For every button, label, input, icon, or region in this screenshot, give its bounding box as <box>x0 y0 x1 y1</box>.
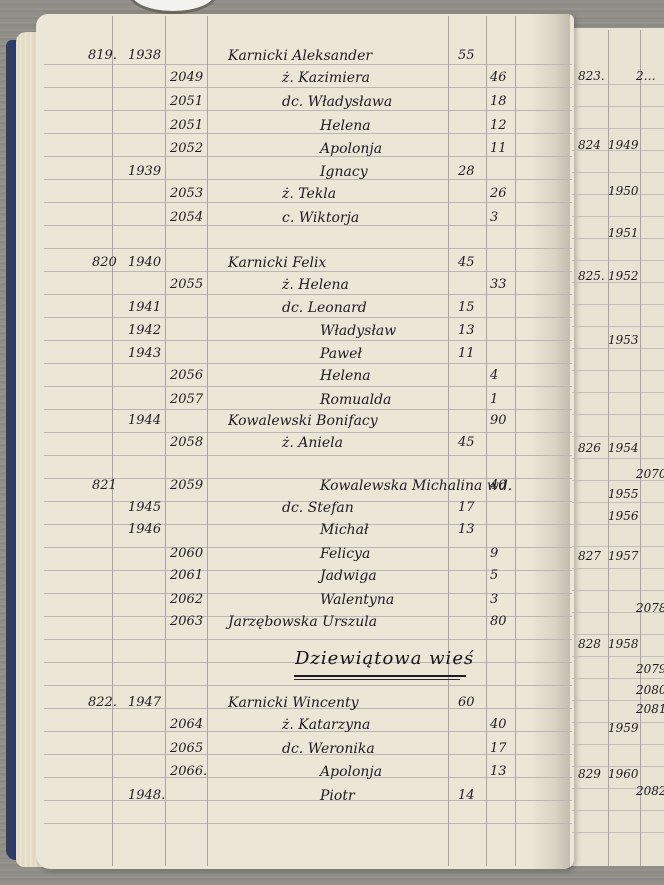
ruling-line-horizontal <box>572 656 664 657</box>
person-name: Jarzębowska Urszula <box>228 614 377 630</box>
household-number: 828 <box>578 636 601 652</box>
ruling-line-vertical <box>207 16 208 866</box>
male-person-number: 1941 <box>128 300 161 316</box>
male-person-number: 1946 <box>128 522 161 538</box>
age-female: 26 <box>490 186 507 202</box>
ruling-line-horizontal <box>572 546 664 547</box>
ruling-line-horizontal <box>572 304 664 305</box>
ruling-line-horizontal <box>44 409 572 410</box>
ruling-line-horizontal <box>44 271 572 272</box>
female-person-number: 2066. <box>170 764 207 780</box>
person-name: ż. Tekla <box>282 186 336 202</box>
male-person-number: 1942 <box>128 323 161 339</box>
male-person-number: 1959 <box>608 720 639 736</box>
female-person-number: 2052 <box>170 141 203 157</box>
ruling-line-horizontal <box>44 294 572 295</box>
person-name: dc. Weronika <box>282 741 375 757</box>
ruling-line-horizontal <box>572 128 664 129</box>
ruling-line-horizontal <box>44 800 572 801</box>
female-person-number: 2064 <box>170 717 203 733</box>
book-gutter <box>530 14 570 869</box>
male-person-number: 1952 <box>608 268 639 284</box>
male-person-number: 1950 <box>608 183 639 199</box>
male-person-number: 1945 <box>128 500 161 516</box>
person-name: dc. Leonard <box>282 300 367 316</box>
age-female: 11 <box>490 141 507 157</box>
household-number: 826 <box>578 440 601 456</box>
ruling-line-vertical <box>486 16 487 866</box>
person-name: Helena <box>320 368 371 384</box>
ruling-line-horizontal <box>44 340 572 341</box>
household-number: 821 <box>92 478 117 494</box>
person-name: Walentyna <box>320 592 394 608</box>
person-name: dc. Stefan <box>282 500 354 516</box>
male-person-number: 1957 <box>608 548 639 564</box>
age-male: 28 <box>458 164 475 180</box>
age-female: 33 <box>490 277 507 293</box>
age-male: 60 <box>458 695 475 711</box>
ruling-line-horizontal <box>572 832 664 833</box>
ruling-line-horizontal <box>572 326 664 327</box>
ruling-line-vertical <box>640 30 641 866</box>
age-male: 13 <box>458 323 475 339</box>
ruling-line-horizontal <box>44 317 572 318</box>
ruling-line-horizontal <box>572 458 664 459</box>
ruling-line-horizontal <box>572 502 664 503</box>
male-person-number: 1958 <box>608 636 639 652</box>
female-person-number: 2054 <box>170 210 203 226</box>
household-number: 820 <box>92 255 117 271</box>
ruling-line-horizontal <box>44 110 572 111</box>
household-number: 825. <box>578 268 605 284</box>
ruling-line-horizontal <box>44 202 572 203</box>
ruling-line-horizontal <box>44 87 572 88</box>
female-person-number: 2053 <box>170 186 203 202</box>
ruling-line-horizontal <box>44 432 572 433</box>
person-name: ż. Aniela <box>282 435 343 451</box>
age-male: 55 <box>458 48 475 64</box>
female-person-number: 2055 <box>170 277 203 293</box>
person-name: Jadwiga <box>320 568 377 584</box>
age-female: 40 <box>490 478 507 494</box>
male-person-number: 1949 <box>608 137 639 153</box>
person-name: ż. Kazimiera <box>282 70 370 86</box>
ruling-line-horizontal <box>44 248 572 249</box>
ruling-line-horizontal <box>44 179 572 180</box>
person-name: Kowalewski Bonifacy <box>228 413 378 429</box>
ruling-line-horizontal <box>572 414 664 415</box>
age-female: 5 <box>490 568 498 584</box>
female-person-number: 2080 <box>636 682 664 698</box>
male-person-number: 1947 <box>128 695 161 711</box>
age-male: 14 <box>458 788 475 804</box>
male-person-number: 1943 <box>128 346 161 362</box>
ruling-line-horizontal <box>44 823 572 824</box>
male-person-number: 1944 <box>128 413 161 429</box>
person-name: Karnicki Aleksander <box>228 48 372 64</box>
female-person-number: 2061 <box>170 568 203 584</box>
male-person-number: 1954 <box>608 440 639 456</box>
person-name: Apolonja <box>320 764 382 780</box>
age-female: 80 <box>490 614 507 630</box>
female-person-number: 2079 <box>636 661 664 677</box>
household-number: 823. <box>578 68 605 84</box>
age-male: 11 <box>458 346 475 362</box>
person-name: ż. Katarzyna <box>282 717 370 733</box>
person-name: Apolonja <box>320 141 382 157</box>
person-name: Paweł <box>320 346 362 362</box>
ruling-line-horizontal <box>44 363 572 364</box>
female-person-number: 2062 <box>170 592 203 608</box>
female-person-number: 2065 <box>170 741 203 757</box>
male-person-number: 1953 <box>608 332 639 348</box>
ruling-line-horizontal <box>572 568 664 569</box>
household-number: 822. <box>88 695 117 711</box>
section-heading: Dziewiątowa wieś <box>295 648 474 669</box>
ruling-line-horizontal <box>572 370 664 371</box>
male-person-number: 1956 <box>608 508 639 524</box>
heading-underline-second <box>294 679 460 680</box>
female-person-number: 2060 <box>170 546 203 562</box>
age-female: 17 <box>490 741 507 757</box>
ruling-line-horizontal <box>44 524 572 525</box>
male-person-number: 1939 <box>128 164 161 180</box>
ruling-line-horizontal <box>572 436 664 437</box>
female-person-number: 2049 <box>170 70 203 86</box>
ruling-line-horizontal <box>572 172 664 173</box>
household-number: 829 <box>578 766 601 782</box>
ruling-line-horizontal <box>572 84 664 85</box>
person-name: c. Wiktorja <box>282 210 359 226</box>
age-female: 46 <box>490 70 507 86</box>
female-person-number: 2058 <box>170 435 203 451</box>
ruling-line-horizontal <box>44 455 572 456</box>
age-female: 1 <box>490 392 498 408</box>
ruling-line-horizontal <box>44 639 572 640</box>
household-number: 827 <box>578 548 601 564</box>
ruling-line-horizontal <box>572 744 664 745</box>
age-male: 45 <box>458 435 475 451</box>
person-name: Władysław <box>320 323 396 339</box>
person-name: Michał <box>320 522 369 538</box>
age-female: 90 <box>490 413 507 429</box>
female-person-number: 2078 <box>636 600 664 616</box>
male-person-number: 1938 <box>128 48 161 64</box>
person-name: Helena <box>320 118 371 134</box>
ruling-line-vertical <box>165 16 166 866</box>
male-person-number: 1951 <box>608 225 639 241</box>
age-female: 18 <box>490 94 507 110</box>
male-person-number: 1955 <box>608 486 639 502</box>
female-person-number: 2051 <box>170 94 203 110</box>
person-name: Kowalewska Michalina wd. <box>320 478 512 494</box>
female-person-number: 2070 <box>636 466 664 482</box>
ruling-line-horizontal <box>572 392 664 393</box>
male-person-number: 1960 <box>608 766 639 782</box>
male-person-number: 1940 <box>128 255 161 271</box>
person-name: Piotr <box>320 788 355 804</box>
age-male: 13 <box>458 522 475 538</box>
male-person-number: 1948. <box>128 788 165 804</box>
female-person-number: 2082 <box>636 783 664 799</box>
age-male: 17 <box>458 500 475 516</box>
household-number: 819. <box>88 48 117 64</box>
ruling-line-horizontal <box>572 524 664 525</box>
person-name: dc. Władysława <box>282 94 392 110</box>
ruling-line-horizontal <box>572 678 664 679</box>
person-name: Karnicki Felix <box>228 255 326 271</box>
ruling-line-horizontal <box>572 348 664 349</box>
heading-underline <box>294 675 466 677</box>
ruling-line-horizontal <box>572 810 664 811</box>
age-female: 4 <box>490 368 498 384</box>
female-person-number: 2056 <box>170 368 203 384</box>
ruling-line-vertical <box>448 16 449 866</box>
household-number: 824 <box>578 137 601 153</box>
ruling-line-horizontal <box>572 260 664 261</box>
ruling-line-vertical <box>112 16 113 866</box>
female-person-number: 2051 <box>170 118 203 134</box>
ruling-line-horizontal <box>44 64 572 65</box>
age-female: 13 <box>490 764 507 780</box>
ruling-line-vertical <box>515 16 516 866</box>
age-male: 45 <box>458 255 475 271</box>
age-female: 3 <box>490 210 498 226</box>
age-female: 9 <box>490 546 498 562</box>
person-name: ż. Helena <box>282 277 349 293</box>
female-person-number: 2063 <box>170 614 203 630</box>
person-name: Karnicki Wincenty <box>228 695 359 711</box>
age-female: 3 <box>490 592 498 608</box>
age-male: 15 <box>458 300 475 316</box>
person-name: Ignacy <box>320 164 368 180</box>
age-female: 12 <box>490 118 507 134</box>
ruling-line-horizontal <box>572 216 664 217</box>
female-person-number: 2… <box>636 68 656 84</box>
ruling-line-horizontal <box>572 590 664 591</box>
ruling-line-horizontal <box>572 634 664 635</box>
ruling-line-horizontal <box>44 685 572 686</box>
ruling-line-horizontal <box>572 106 664 107</box>
person-name: Felicya <box>320 546 370 562</box>
female-person-number: 2081 <box>636 701 664 717</box>
age-female: 40 <box>490 717 507 733</box>
female-person-number: 2057 <box>170 392 203 408</box>
female-person-number: 2059 <box>170 478 203 494</box>
person-name: Romualda <box>320 392 391 408</box>
ruling-line-horizontal <box>44 386 572 387</box>
